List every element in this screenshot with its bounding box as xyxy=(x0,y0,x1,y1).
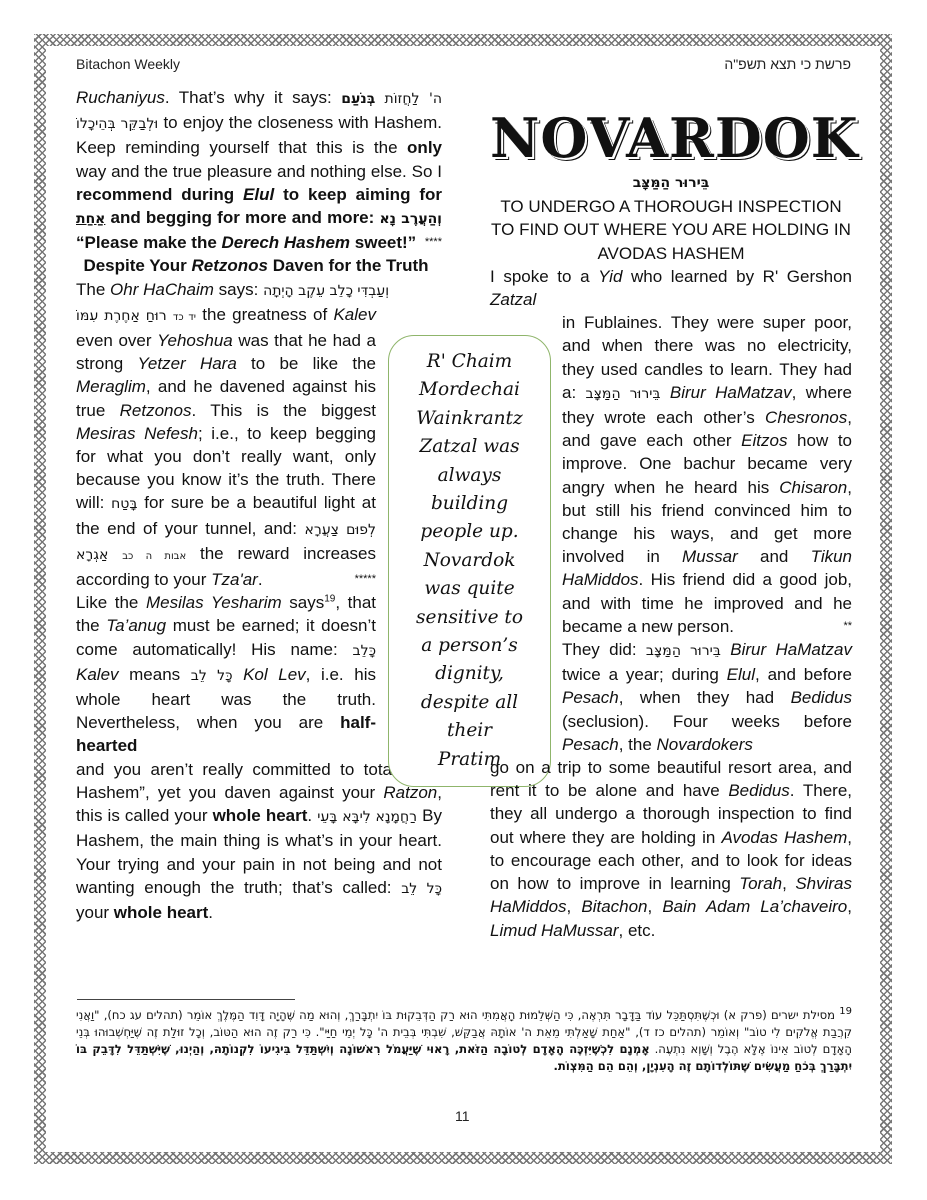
text: Kalev xyxy=(76,665,119,684)
text: even over xyxy=(76,331,157,350)
text: Derech Hashem xyxy=(222,233,351,252)
text: , and before xyxy=(755,665,852,684)
article-title-hebrew: בֵּירוּר הַמַּצָּב xyxy=(490,172,852,195)
wrapped-text: רוּחַ אַחֶרֶת עִמּוֹ יד כד the greatness… xyxy=(76,303,376,591)
text: Bedidus xyxy=(791,688,852,707)
footnote-text-bold: שֶׁתּוֹלְדוֹתָם זֶה הָעִנְיָן, וְהֵם הֵם… xyxy=(554,1059,754,1073)
hebrew-quote: כָּל לֵב xyxy=(191,668,233,684)
text: Bain Adam La’chaveiro xyxy=(662,897,847,916)
text: Yetzer Hara xyxy=(138,354,237,373)
paragraph-bedidus: They did: בֵּירוּר הַמַּצָּב Birur HaMat… xyxy=(562,638,852,756)
footnote-reference[interactable]: 19 xyxy=(324,594,335,605)
text: . xyxy=(208,903,213,922)
text: Elul xyxy=(243,185,274,204)
text: says xyxy=(282,593,325,612)
text: , etc. xyxy=(619,921,656,940)
text: Mesiras Nefesh xyxy=(76,424,198,443)
source-citation: יד כד xyxy=(173,312,196,323)
text: Despite Your xyxy=(83,256,191,275)
text: Pesach xyxy=(562,735,619,754)
hebrew-quote: בֵּירוּר הַמַּצָּב xyxy=(586,386,661,402)
text: Avodas Hashem xyxy=(721,828,847,847)
source-citation: אבות ה כב xyxy=(122,551,186,562)
text: “Please make the xyxy=(76,233,222,252)
text: . This is the biggest xyxy=(191,401,376,420)
hebrew-quote: וְהַעֲרֶב נָא xyxy=(379,211,442,227)
hebrew-quote: בֵּירוּר הַמַּצָּב xyxy=(646,643,721,659)
text: . xyxy=(258,570,263,589)
text: Kalev xyxy=(333,305,376,324)
paragraph-birur-hamatzav: I spoke to a Yid who learned by R' Gersh… xyxy=(490,265,852,942)
hebrew-quote: כָּלֵב xyxy=(353,643,376,659)
hebrew-quote: אַחַת xyxy=(76,211,105,227)
text: Novardokers xyxy=(657,735,753,754)
text: I spoke to a xyxy=(490,267,598,286)
article-title-block: בֵּירוּר הַמַּצָּב TO UNDERGO A THOROUGH… xyxy=(490,172,852,265)
text: Yid xyxy=(598,267,622,286)
text: only xyxy=(407,138,442,157)
text: Yehoshua xyxy=(157,331,233,350)
text: Mesilas Yesharim xyxy=(146,593,282,612)
text: Birur HaMatzav xyxy=(670,383,792,402)
text: בְּנֹעַם xyxy=(341,91,375,107)
text: Bedidus xyxy=(728,781,789,800)
text: , xyxy=(782,874,795,893)
section-divider-stars: ***** xyxy=(355,568,376,591)
text: Retzonos xyxy=(120,401,192,420)
text xyxy=(232,665,243,684)
text: Ohr HaChaim xyxy=(110,280,214,299)
text: . xyxy=(307,806,317,825)
paragraph-aim-for-achas: Ruchaniyus. That’s why it says: לַחֲזוֹת… xyxy=(76,86,442,254)
text: Zatzal xyxy=(490,290,536,309)
text: to be like the xyxy=(237,354,376,373)
text: Mussar xyxy=(682,547,738,566)
text: whole heart xyxy=(114,903,208,922)
section-divider-stars: ** xyxy=(843,615,852,638)
text: says: xyxy=(214,280,263,299)
footnote-separator xyxy=(77,999,295,1000)
text: Tza'ar xyxy=(211,570,258,589)
text: Pesach xyxy=(562,688,619,707)
text: Chisaron xyxy=(779,478,847,497)
page-number: 11 xyxy=(455,1108,470,1124)
text: the greatness of xyxy=(196,305,333,324)
text: who learned by R' Gershon xyxy=(622,267,852,286)
text: (seclusion). Four weeks before xyxy=(562,712,852,731)
text: Like the xyxy=(76,593,146,612)
footnote-19: 19 מסילת ישרים (פרק א) וּכְשֶׁתִּסְתַּכֵ… xyxy=(76,1007,852,1075)
wrapped-text-full: go on a trip to some beautiful resort ar… xyxy=(490,756,852,942)
text: sweet!” xyxy=(350,233,416,252)
text: Ta’anug xyxy=(106,616,166,635)
right-column: בֵּירוּר הַמַּצָּב TO UNDERGO A THOROUGH… xyxy=(490,98,852,942)
text: Retzonos xyxy=(191,256,268,275)
text: לַחֲזוֹת xyxy=(375,91,419,107)
footnote-number: 19 xyxy=(839,1006,852,1017)
text: and xyxy=(738,547,811,566)
wrapped-text: Like the Mesilas Yesharim says19, that t… xyxy=(76,591,376,757)
text: Meraglim xyxy=(76,377,146,396)
text: means xyxy=(119,665,191,684)
hebrew-quote: לַחֲזוֹת בְּנֹעַם xyxy=(341,91,419,107)
text: Chesronos xyxy=(765,408,847,427)
text xyxy=(721,640,730,659)
text: , when they had xyxy=(619,688,791,707)
hebrew-quote: רוּחַ אַחֶרֶת עִמּוֹ xyxy=(76,308,167,324)
text: your xyxy=(76,903,114,922)
text: to keep aiming for xyxy=(274,185,442,204)
text: Torah xyxy=(739,874,782,893)
publication-name: Bitachon Weekly xyxy=(76,56,180,72)
text: Ruchaniyus xyxy=(76,88,165,107)
text: , xyxy=(567,897,582,916)
text: , xyxy=(847,897,852,916)
text: twice a year; during xyxy=(562,665,727,684)
hebrew-quote: בָּטַח xyxy=(111,496,137,512)
text: Elul xyxy=(727,665,755,684)
hebrew-quote: וְעַבְדִּי כָלֵב עֵקֶב הָיְתָה xyxy=(263,283,389,299)
text: , xyxy=(648,897,663,916)
text: way and the true pleasure and nothing el… xyxy=(76,162,442,181)
article-title-english: TO UNDERGO A THOROUGH INSPECTION TO FIND… xyxy=(491,197,851,262)
text: , the xyxy=(619,735,657,754)
section-subheading: Despite Your Retzonos Daven for the Trut… xyxy=(70,254,442,277)
text: Daven for the Truth xyxy=(268,256,429,275)
text: Kol Lev xyxy=(243,665,306,684)
section-divider-stars: **** xyxy=(425,231,442,254)
text: The xyxy=(76,280,110,299)
wrapped-text: in Fublaines. They were super poor, and … xyxy=(490,311,852,756)
text: Limud HaMussar xyxy=(490,921,619,940)
text: recommend during xyxy=(76,185,243,204)
text xyxy=(661,383,670,402)
text: They did: xyxy=(562,640,646,659)
text: Bitachon xyxy=(581,897,647,916)
hebrew-quote: רַחֲמָנָא לִיבָּא בָּעֵי xyxy=(317,809,417,825)
text: . That’s why it says: xyxy=(165,88,341,107)
text: and begging for more and more: xyxy=(105,208,379,227)
parsha-header: פרשת כי תצא תשפ"ה xyxy=(724,56,851,72)
hebrew-quote: כָּל לֵב xyxy=(401,881,442,897)
text: Birur HaMatzav xyxy=(730,640,852,659)
text: whole heart xyxy=(213,806,308,825)
text: Eitzos xyxy=(741,431,787,450)
